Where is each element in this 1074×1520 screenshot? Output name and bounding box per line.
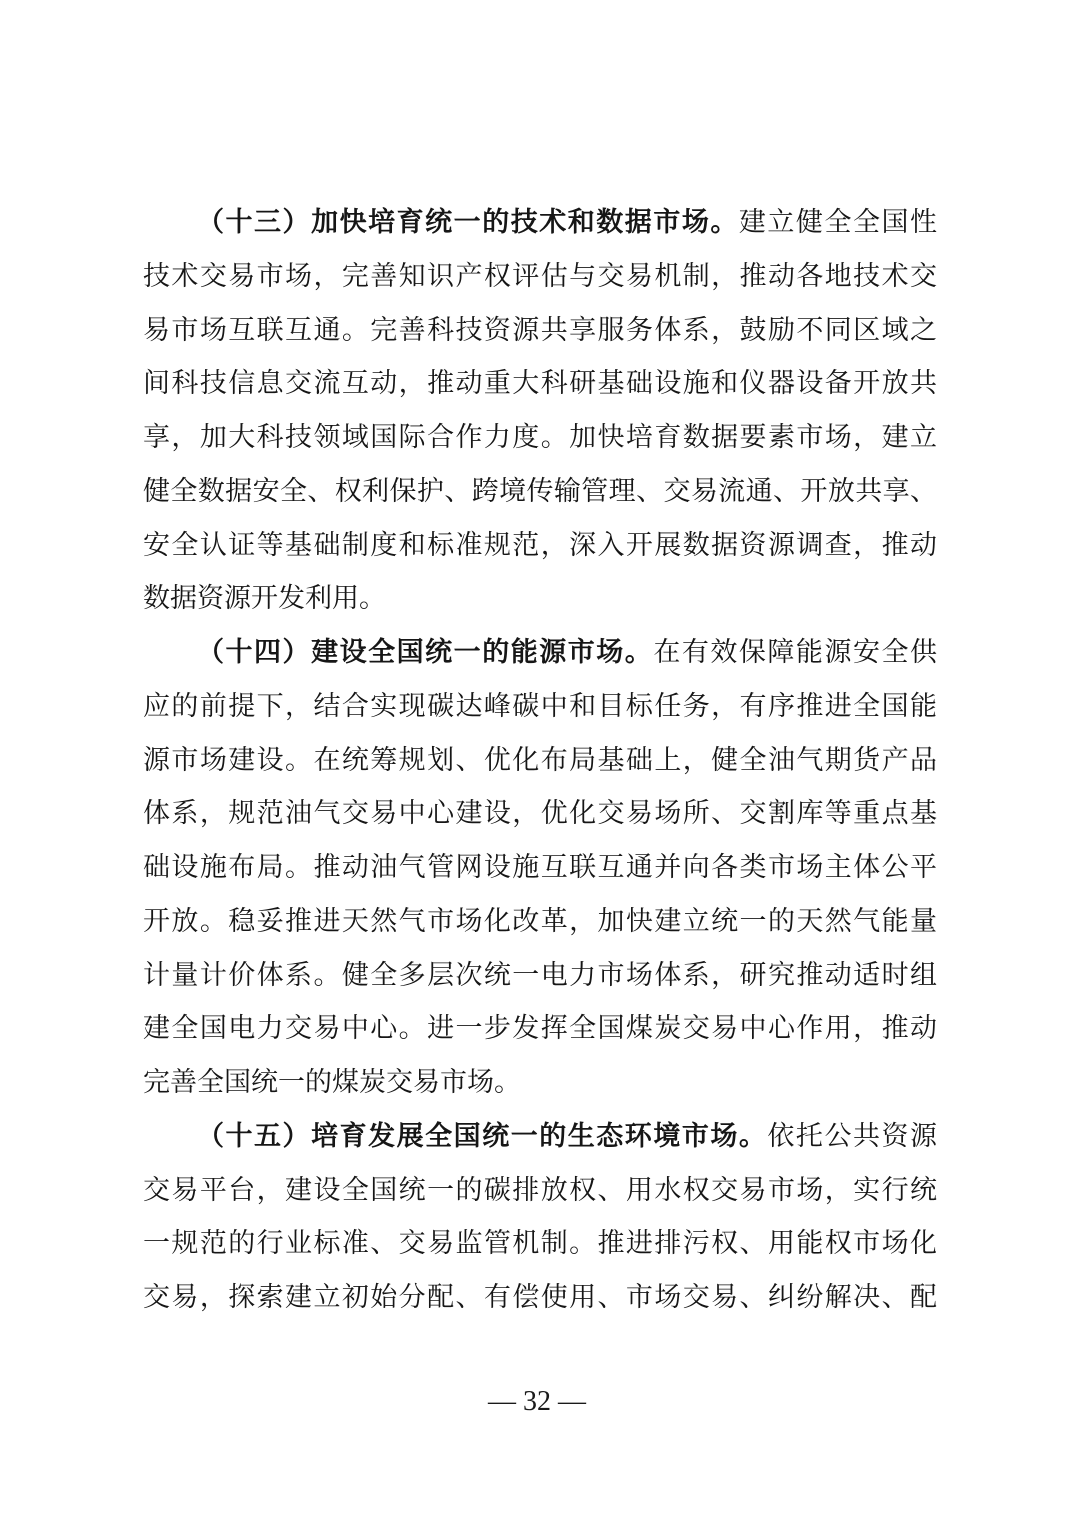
text-line: 交易，探索建立初始分配、有偿使用、市场交易、纠纷解决、配 [143, 1271, 937, 1325]
document-body: （十三）加快培育统一的技术和数据市场。建立健全全国性技术交易市场，完善知识产权评… [143, 196, 937, 1325]
text-line: （十五）培育发展全国统一的生态环境市场。依托公共资源 [143, 1110, 937, 1164]
text-line: 建全国电力交易中心。进一步发挥全国煤炭交易中心作用，推动 [143, 1002, 937, 1056]
line-text: 体系，规范油气交易中心建设，优化交易场所、交割库等重点基 [143, 798, 937, 828]
line-text: 源市场建设。在统筹规划、优化布局基础上，健全油气期货产品 [143, 745, 937, 775]
line-text: 易市场互联互通。完善科技资源共享服务体系，鼓励不同区域之 [143, 315, 937, 345]
line-text: 建全国电力交易中心。进一步发挥全国煤炭交易中心作用，推动 [143, 1013, 937, 1043]
document-page: （十三）加快培育统一的技术和数据市场。建立健全全国性技术交易市场，完善知识产权评… [0, 0, 1074, 1520]
paragraph: （十四）建设全国统一的能源市场。在有效保障能源安全供应的前提下，结合实现碳达峰碳… [143, 626, 937, 1110]
text-line: 技术交易市场，完善知识产权评估与交易机制，推动各地技术交 [143, 250, 937, 304]
line-text: 开放。稳妥推进天然气市场化改革，加快建立统一的天然气能量 [143, 906, 937, 936]
line-text: 数据资源开发利用。 [143, 583, 386, 613]
page-footer: — 32 — [0, 1381, 1074, 1423]
paragraph: （十三）加快培育统一的技术和数据市场。建立健全全国性技术交易市场，完善知识产权评… [143, 196, 937, 626]
text-line: 应的前提下，结合实现碳达峰碳中和目标任务，有序推进全国能 [143, 680, 937, 734]
line-text: 应的前提下，结合实现碳达峰碳中和目标任务，有序推进全国能 [143, 691, 937, 721]
line-text: 计量计价体系。健全多层次统一电力市场体系，研究推动适时组 [143, 960, 937, 990]
text-line: 计量计价体系。健全多层次统一电力市场体系，研究推动适时组 [143, 949, 937, 1003]
text-line: 安全认证等基础制度和标准规范，深入开展数据资源调查，推动 [143, 519, 937, 573]
text-line: （十三）加快培育统一的技术和数据市场。建立健全全国性 [143, 196, 937, 250]
line-text: 健全数据安全、权利保护、跨境传输管理、交易流通、开放共享、 [143, 476, 937, 506]
line-text: 交易，探索建立初始分配、有偿使用、市场交易、纠纷解决、配 [143, 1282, 937, 1312]
line-text: 础设施布局。推动油气管网设施互联互通并向各类市场主体公平 [143, 852, 937, 882]
line-text: 技术交易市场，完善知识产权评估与交易机制，推动各地技术交 [143, 261, 937, 291]
text-line: 健全数据安全、权利保护、跨境传输管理、交易流通、开放共享、 [143, 465, 937, 519]
text-line: 一规范的行业标准、交易监管机制。推进排污权、用能权市场化 [143, 1217, 937, 1271]
line-text: 完善全国统一的煤炭交易市场。 [143, 1067, 521, 1097]
paragraph-heading: （十五）培育发展全国统一的生态环境市场。 [197, 1121, 767, 1151]
line-text: 安全认证等基础制度和标准规范，深入开展数据资源调查，推动 [143, 530, 937, 560]
text-line: 数据资源开发利用。 [143, 572, 937, 626]
line-text: 一规范的行业标准、交易监管机制。推进排污权、用能权市场化 [143, 1228, 937, 1258]
text-line: 享，加大科技领域国际合作力度。加快培育数据要素市场，建立 [143, 411, 937, 465]
line-text: 交易平台，建设全国统一的碳排放权、用水权交易市场，实行统 [143, 1175, 937, 1205]
line-text: 建立健全全国性 [739, 207, 937, 237]
paragraph-heading: （十四）建设全国统一的能源市场。 [197, 637, 653, 667]
text-line: 交易平台，建设全国统一的碳排放权、用水权交易市场，实行统 [143, 1164, 937, 1218]
line-text: 依托公共资源 [767, 1121, 937, 1151]
line-text: 间科技信息交流互动，推动重大科研基础设施和仪器设备开放共 [143, 368, 937, 398]
text-line: 源市场建设。在统筹规划、优化布局基础上，健全油气期货产品 [143, 734, 937, 788]
paragraph: （十五）培育发展全国统一的生态环境市场。依托公共资源交易平台，建设全国统一的碳排… [143, 1110, 937, 1325]
text-line: 体系，规范油气交易中心建设，优化交易场所、交割库等重点基 [143, 787, 937, 841]
text-line: 间科技信息交流互动，推动重大科研基础设施和仪器设备开放共 [143, 357, 937, 411]
text-line: （十四）建设全国统一的能源市场。在有效保障能源安全供 [143, 626, 937, 680]
line-text: 在有效保障能源安全供 [653, 637, 937, 667]
line-text: 享，加大科技领域国际合作力度。加快培育数据要素市场，建立 [143, 422, 937, 452]
text-line: 础设施布局。推动油气管网设施互联互通并向各类市场主体公平 [143, 841, 937, 895]
text-line: 完善全国统一的煤炭交易市场。 [143, 1056, 937, 1110]
text-line: 易市场互联互通。完善科技资源共享服务体系，鼓励不同区域之 [143, 304, 937, 358]
page-number: — 32 — [488, 1386, 586, 1417]
paragraph-heading: （十三）加快培育统一的技术和数据市场。 [197, 207, 739, 237]
text-line: 开放。稳妥推进天然气市场化改革，加快建立统一的天然气能量 [143, 895, 937, 949]
